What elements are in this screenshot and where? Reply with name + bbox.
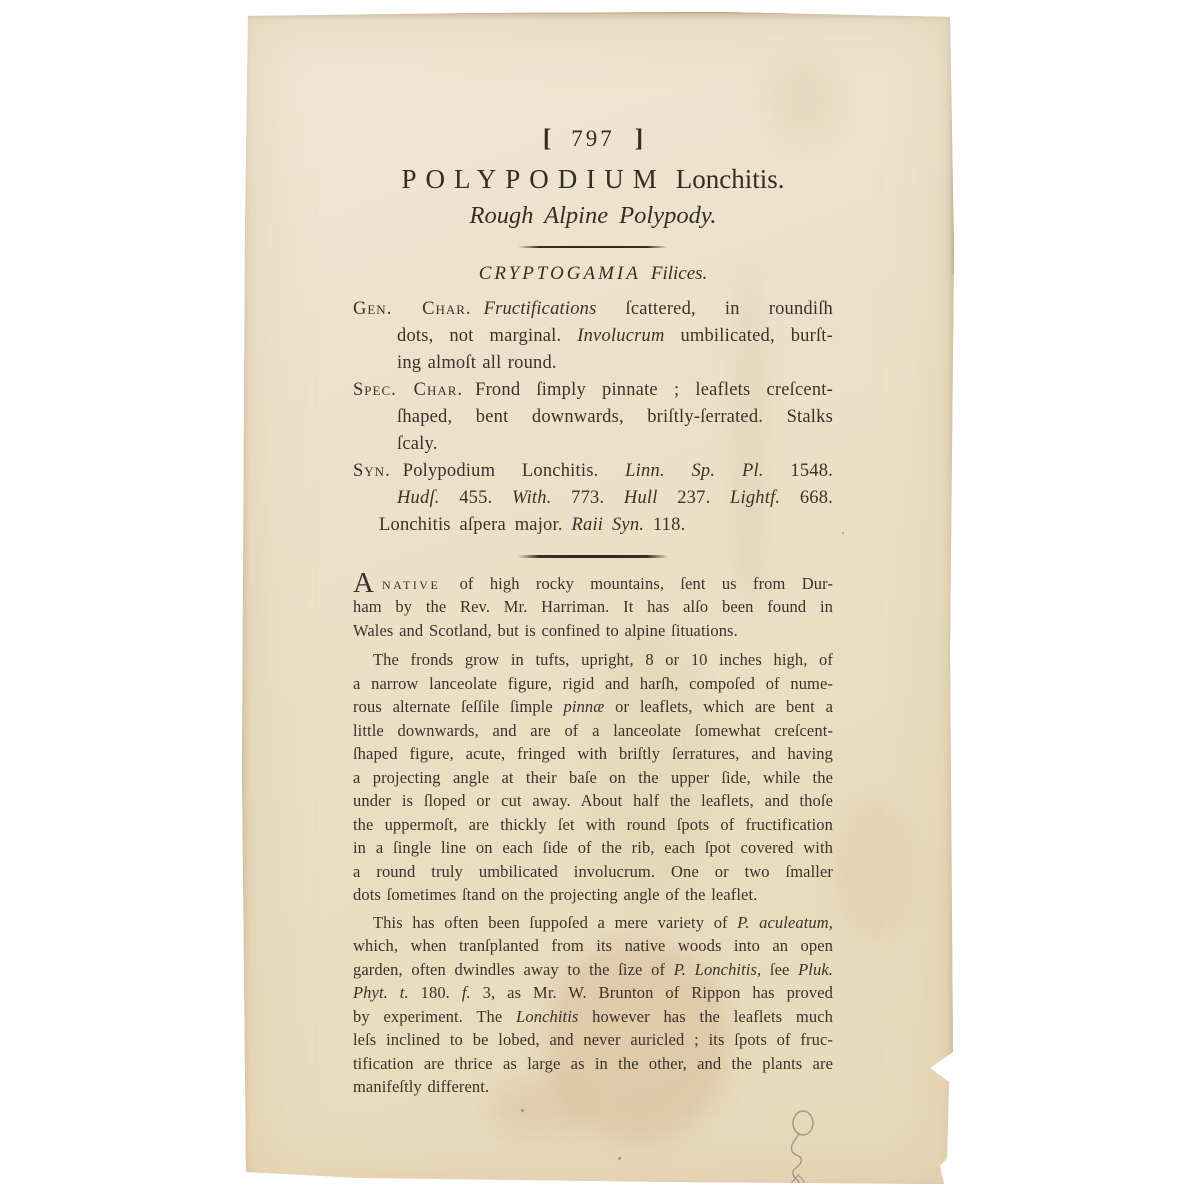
text-line: Lonchitis aſpera major. Raii Syn. 118. <box>379 512 833 539</box>
species-name: Lonchitis. <box>676 164 785 194</box>
divider-rule <box>518 555 668 557</box>
common-name: Rough Alpine Polypody. <box>353 202 833 230</box>
bracket-right: ] <box>635 125 643 152</box>
text-line: ſhaped, bent downwards, briſtly-ſerrated… <box>397 404 833 431</box>
text-line: Spec. Char.Frond ſimply pinnate ; leafle… <box>353 377 833 404</box>
paragraph-3: This has often been ſuppoſed a mere vari… <box>353 911 833 1099</box>
page-number-value: 797 <box>571 126 615 151</box>
pencil-mark <box>780 1108 824 1200</box>
spec-char-label: Spec. Char. <box>353 380 463 400</box>
bracket-left: [ <box>543 125 551 152</box>
paper-speck <box>618 1157 621 1160</box>
text-line: a narrow lanceolate figure, rigid and ha… <box>353 672 833 696</box>
synonyms-section: Syn.Polypodium Lonchitis. Linn. Sp. Pl. … <box>353 458 833 539</box>
text-line: a round truly umbilicated involucrum. On… <box>353 860 833 884</box>
taxonomy-line: CRYPTOGAMIAFilices. <box>353 262 833 286</box>
text-line: Phyt. t. 180. f. 3, as Mr. W. Brunton of… <box>353 981 833 1005</box>
text-line: Wales and Scotland, but is confined to a… <box>353 619 833 643</box>
text-line: by experiment. The Lonchitis however has… <box>353 1005 833 1029</box>
page-number: [797] <box>353 126 833 152</box>
text-line: leſs inclined to be lobed, and never aur… <box>353 1028 833 1052</box>
genus-name: POLYPODIUM <box>401 164 665 194</box>
paper-speck <box>842 532 844 534</box>
paragraph-2: The fronds grow in tufts, upright, 8 or … <box>353 648 833 907</box>
text-line: ham by the Rev. Mr. Harriman. It has alſ… <box>353 595 833 619</box>
text-line: the uppermoſt, are thickly ſet with roun… <box>353 813 833 837</box>
page-title: POLYPODIUMLonchitis. <box>353 164 833 194</box>
text-line: Gen. Char.Fructifications ſcattered, in … <box>353 296 833 323</box>
text-line: Syn.Polypodium Lonchitis. Linn. Sp. Pl. … <box>353 458 833 485</box>
class-name: CRYPTOGAMIA <box>479 263 641 284</box>
paragraph-1: Anative of high rocky mountains, ſent us… <box>353 572 833 643</box>
foxing-stain <box>835 798 913 940</box>
text-line: ing almoſt all round. <box>397 350 833 377</box>
text-line: in a ſingle line on each ſide of the rib… <box>353 836 833 860</box>
text-line: manifeſtly different. <box>353 1075 833 1099</box>
text-line: Hudſ. 455. With. 773. Hull 237. Lightf. … <box>397 485 833 512</box>
divider-rule <box>518 246 668 248</box>
syn-label: Syn. <box>353 461 391 481</box>
text-line: The fronds grow in tufts, upright, 8 or … <box>353 648 833 672</box>
paper-top-edge <box>240 10 956 14</box>
paper-speck <box>521 1109 524 1112</box>
text-line: rous alternate ſeſſile ſimple pinnæ or l… <box>353 695 833 719</box>
text-line: garden, often dwindles away to the ſize … <box>353 958 833 982</box>
text-line: little downwards, and are of a lanceolat… <box>353 719 833 743</box>
text-line: a projecting angle at their baſe on the … <box>353 766 833 790</box>
text-line: Anative of high rocky mountains, ſent us… <box>353 572 833 596</box>
gen-char-section: Gen. Char.Fructifications ſcattered, in … <box>353 296 833 377</box>
text-column: [797] POLYPODIUMLonchitis. Rough Alpine … <box>353 126 833 1099</box>
text-line: tification are thrice as large as in the… <box>353 1052 833 1076</box>
text-line: This has often been ſuppoſed a mere vari… <box>353 911 833 935</box>
gen-char-label: Gen. Char. <box>353 299 472 319</box>
text-line: ſcaly. <box>397 431 833 458</box>
book-page-sheet: [797] POLYPODIUMLonchitis. Rough Alpine … <box>240 10 956 1190</box>
text-line: which, when tranſplanted from its native… <box>353 934 833 958</box>
paper-bottom-edge <box>240 1183 956 1190</box>
text-line: ſhaped figure, acute, fringed with briſt… <box>353 742 833 766</box>
order-name: Filices. <box>651 263 707 284</box>
text-line: dots ſometimes ſtand on the projecting a… <box>353 883 833 907</box>
spec-char-section: Spec. Char.Frond ſimply pinnate ; leafle… <box>353 377 833 458</box>
scan-background: [797] POLYPODIUMLonchitis. Rough Alpine … <box>0 0 1200 1200</box>
text-line: under is ſloped or cut away. About half … <box>353 789 833 813</box>
text-line: dots, not marginal. Involucrum umbilicat… <box>397 323 833 350</box>
paper-right-edge <box>950 14 956 274</box>
